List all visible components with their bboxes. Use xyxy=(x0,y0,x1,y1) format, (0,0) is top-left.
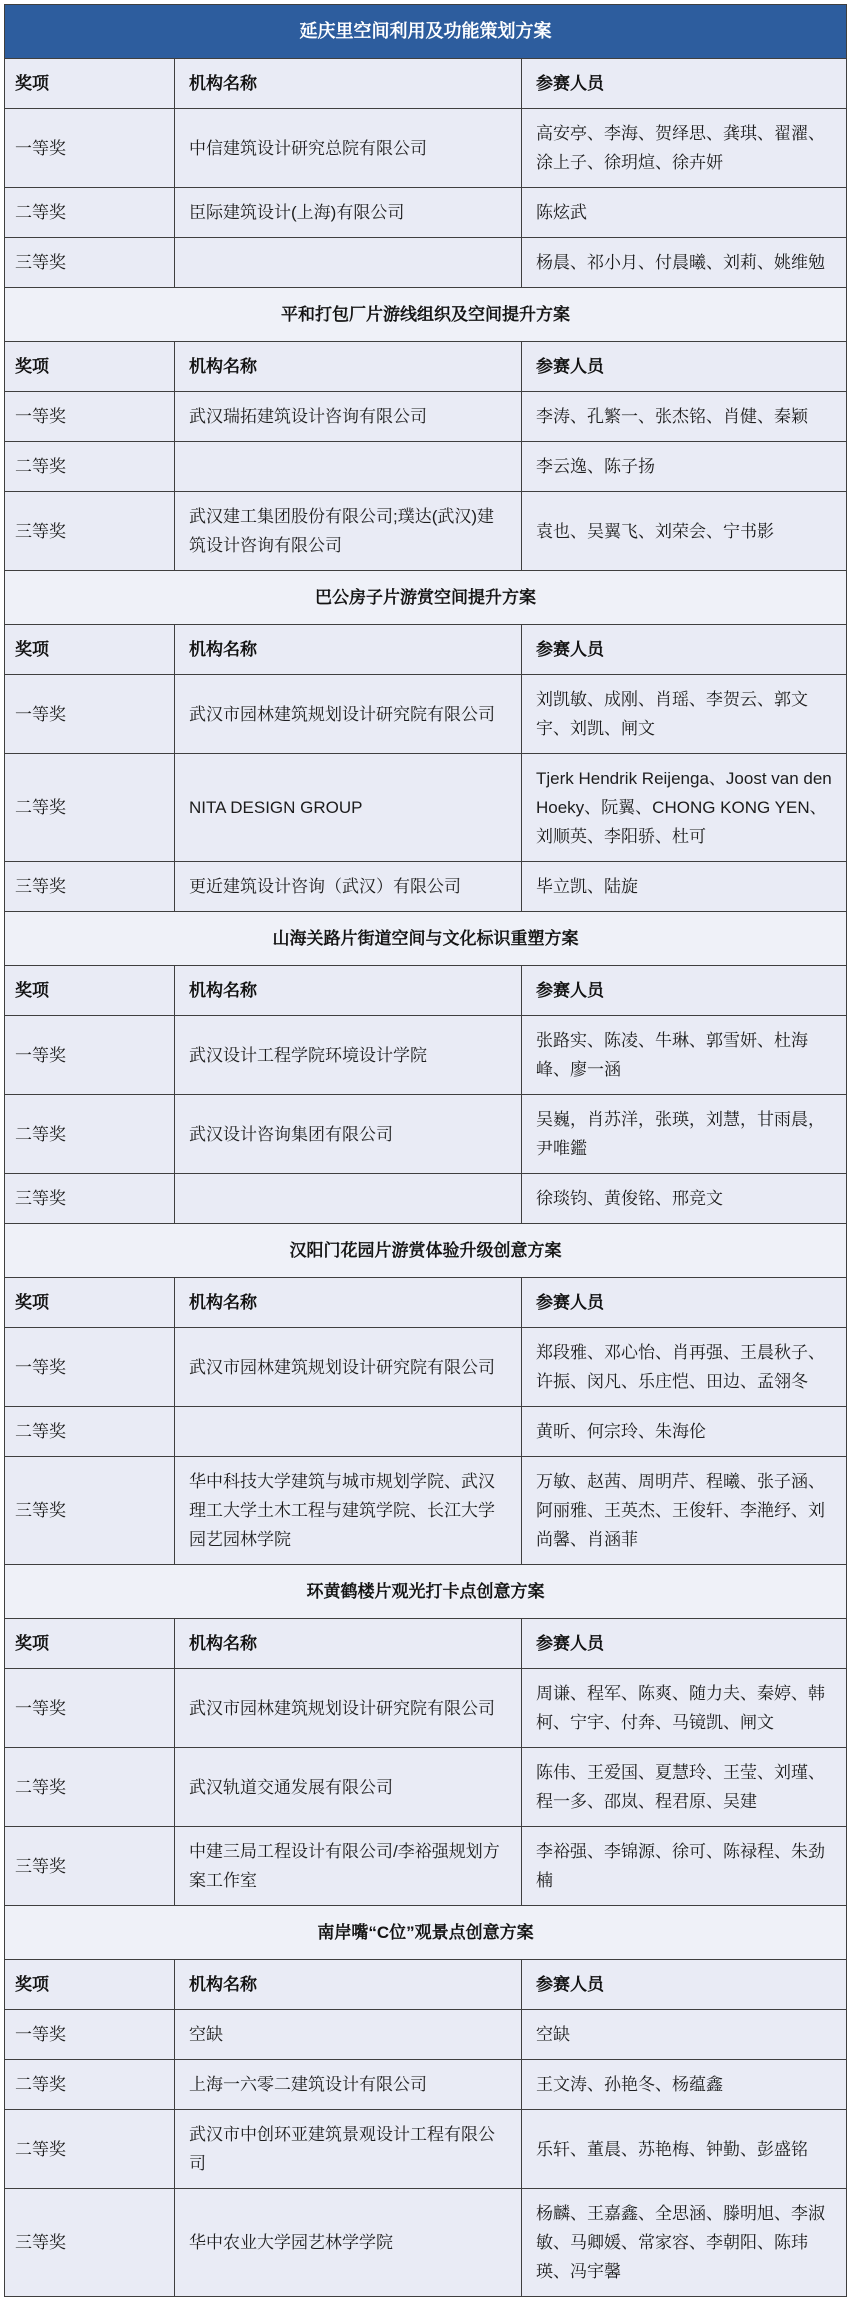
column-header-row: 奖项 机构名称 参赛人员 xyxy=(5,1278,846,1328)
award-cell: 一等奖 xyxy=(5,1016,175,1094)
organization-cell: 华中农业大学园艺林学学院 xyxy=(175,2189,522,2296)
organization-cell xyxy=(175,238,522,287)
organization-cell: 武汉瑞拓建筑设计咨询有限公司 xyxy=(175,392,522,441)
column-header-award: 奖项 xyxy=(5,1619,175,1668)
organization-cell: 武汉市园林建筑规划设计研究院有限公司 xyxy=(175,1328,522,1406)
participants-cell: 李云逸、陈子扬 xyxy=(522,442,846,491)
table-row: 一等奖 武汉市园林建筑规划设计研究院有限公司 刘凯敏、成刚、肖瑶、李贺云、郭文宇… xyxy=(5,675,846,754)
organization-cell: 华中科技大学建筑与城市规划学院、武汉理工大学土木工程与建筑学院、长江大学园艺园林… xyxy=(175,1457,522,1564)
award-cell: 一等奖 xyxy=(5,392,175,441)
column-header-participants: 参赛人员 xyxy=(522,966,846,1015)
column-header-organization: 机构名称 xyxy=(175,59,522,108)
participants-cell: 陈炫武 xyxy=(522,188,846,237)
column-header-participants: 参赛人员 xyxy=(522,59,846,108)
participants-cell: 王文涛、孙艳冬、杨蕴鑫 xyxy=(522,2060,846,2109)
column-header-row: 奖项 机构名称 参赛人员 xyxy=(5,59,846,109)
participants-cell: 张路实、陈凌、牛琳、郭雪妍、杜海峰、廖一涵 xyxy=(522,1016,846,1094)
participants-cell: 刘凯敏、成刚、肖瑶、李贺云、郭文宇、刘凯、闸文 xyxy=(522,675,846,753)
column-header-award: 奖项 xyxy=(5,1278,175,1327)
table-row: 三等奖 徐琰钧、黄俊铭、邢竞文 xyxy=(5,1174,846,1224)
column-header-participants: 参赛人员 xyxy=(522,1960,846,2009)
section-title: 延庆里空间利用及功能策划方案 xyxy=(5,5,846,59)
column-header-organization: 机构名称 xyxy=(175,1960,522,2009)
column-header-participants: 参赛人员 xyxy=(522,342,846,391)
section-title: 山海关路片街道空间与文化标识重塑方案 xyxy=(5,912,846,966)
table-row: 二等奖 武汉设计咨询集团有限公司 吴巍，肖苏洋，张瑛，刘慧，甘雨晨，尹唯鑑 xyxy=(5,1095,846,1174)
section-title: 巴公房子片游赏空间提升方案 xyxy=(5,571,846,625)
awards-table: 延庆里空间利用及功能策划方案 奖项 机构名称 参赛人员 一等奖 中信建筑设计研究… xyxy=(4,4,847,2297)
participants-cell: 吴巍，肖苏洋，张瑛，刘慧，甘雨晨，尹唯鑑 xyxy=(522,1095,846,1173)
award-cell: 一等奖 xyxy=(5,675,175,753)
organization-cell: 武汉设计工程学院环境设计学院 xyxy=(175,1016,522,1094)
table-row: 二等奖 上海一六零二建筑设计有限公司 王文涛、孙艳冬、杨蕴鑫 xyxy=(5,2060,846,2110)
table-row: 二等奖 NITA DESIGN GROUP Tjerk Hendrik Reij… xyxy=(5,754,846,862)
table-row: 二等奖 黄昕、何宗玲、朱海伦 xyxy=(5,1407,846,1457)
award-cell: 三等奖 xyxy=(5,1174,175,1223)
organization-cell: 武汉市园林建筑规划设计研究院有限公司 xyxy=(175,675,522,753)
table-row: 二等奖 臣际建筑设计(上海)有限公司 陈炫武 xyxy=(5,188,846,238)
award-cell: 三等奖 xyxy=(5,862,175,911)
column-header-row: 奖项 机构名称 参赛人员 xyxy=(5,1960,846,2010)
table-row: 一等奖 武汉设计工程学院环境设计学院 张路实、陈凌、牛琳、郭雪妍、杜海峰、廖一涵 xyxy=(5,1016,846,1095)
participants-cell: Tjerk Hendrik Reijenga、Joost van den Hoe… xyxy=(522,754,846,861)
organization-cell xyxy=(175,1407,522,1456)
table-row: 三等奖 更近建筑设计咨询（武汉）有限公司 毕立凯、陆旋 xyxy=(5,862,846,912)
table-row: 一等奖 中信建筑设计研究总院有限公司 高安亭、李海、贺绎思、龚琪、翟濯、涂上子、… xyxy=(5,109,846,188)
section-title: 汉阳门花园片游赏体验升级创意方案 xyxy=(5,1224,846,1278)
organization-cell: 武汉建工集团股份有限公司;璞达(武汉)建筑设计咨询有限公司 xyxy=(175,492,522,570)
participants-cell: 空缺 xyxy=(522,2010,846,2059)
table-row: 三等奖 武汉建工集团股份有限公司;璞达(武汉)建筑设计咨询有限公司 袁也、吴翼飞… xyxy=(5,492,846,571)
participants-cell: 毕立凯、陆旋 xyxy=(522,862,846,911)
award-cell: 二等奖 xyxy=(5,754,175,861)
organization-cell: 武汉设计咨询集团有限公司 xyxy=(175,1095,522,1173)
column-header-award: 奖项 xyxy=(5,59,175,108)
column-header-organization: 机构名称 xyxy=(175,966,522,1015)
participants-cell: 郑段雅、邓心怡、肖再强、王晨秋子、许振、闵凡、乐庄恺、田边、孟翎冬 xyxy=(522,1328,846,1406)
participants-cell: 乐轩、董晨、苏艳梅、钟勤、彭盛铭 xyxy=(522,2110,846,2188)
award-section: 延庆里空间利用及功能策划方案 奖项 机构名称 参赛人员 一等奖 中信建筑设计研究… xyxy=(5,5,846,288)
award-cell: 二等奖 xyxy=(5,188,175,237)
participants-cell: 黄昕、何宗玲、朱海伦 xyxy=(522,1407,846,1456)
column-header-participants: 参赛人员 xyxy=(522,1278,846,1327)
participants-cell: 高安亭、李海、贺绎思、龚琪、翟濯、涂上子、徐玥煊、徐卉妍 xyxy=(522,109,846,187)
award-cell: 一等奖 xyxy=(5,1669,175,1747)
award-cell: 二等奖 xyxy=(5,2060,175,2109)
award-cell: 二等奖 xyxy=(5,1407,175,1456)
award-cell: 三等奖 xyxy=(5,1457,175,1564)
participants-cell: 周谦、程军、陈爽、随力夫、秦婷、韩柯、宁宇、付奔、马镜凯、闸文 xyxy=(522,1669,846,1747)
table-row: 三等奖 华中科技大学建筑与城市规划学院、武汉理工大学土木工程与建筑学院、长江大学… xyxy=(5,1457,846,1565)
award-section: 山海关路片街道空间与文化标识重塑方案 奖项 机构名称 参赛人员 一等奖 武汉设计… xyxy=(5,912,846,1224)
section-title: 环黄鹤楼片观光打卡点创意方案 xyxy=(5,1565,846,1619)
table-row: 三等奖 华中农业大学园艺林学学院 杨麟、王嘉鑫、全思涵、滕明旭、李淑敏、马卿媛、… xyxy=(5,2189,846,2296)
organization-cell: 臣际建筑设计(上海)有限公司 xyxy=(175,188,522,237)
participants-cell: 徐琰钧、黄俊铭、邢竞文 xyxy=(522,1174,846,1223)
column-header-award: 奖项 xyxy=(5,966,175,1015)
table-row: 二等奖 武汉轨道交通发展有限公司 陈伟、王爱国、夏慧玲、王莹、刘瑾、程一多、邵岚… xyxy=(5,1748,846,1827)
table-row: 三等奖 中建三局工程设计有限公司/李裕强规划方案工作室 李裕强、李锦源、徐可、陈… xyxy=(5,1827,846,1906)
column-header-row: 奖项 机构名称 参赛人员 xyxy=(5,966,846,1016)
award-cell: 一等奖 xyxy=(5,109,175,187)
award-cell: 二等奖 xyxy=(5,1095,175,1173)
column-header-participants: 参赛人员 xyxy=(522,625,846,674)
participants-cell: 杨晨、祁小月、付晨曦、刘莉、姚维勉 xyxy=(522,238,846,287)
table-row: 一等奖 武汉市园林建筑规划设计研究院有限公司 郑段雅、邓心怡、肖再强、王晨秋子、… xyxy=(5,1328,846,1407)
award-cell: 一等奖 xyxy=(5,1328,175,1406)
section-title: 平和打包厂片游线组织及空间提升方案 xyxy=(5,288,846,342)
column-header-organization: 机构名称 xyxy=(175,625,522,674)
column-header-organization: 机构名称 xyxy=(175,1619,522,1668)
table-row: 二等奖 武汉市中创环亚建筑景观设计工程有限公司 乐轩、董晨、苏艳梅、钟勤、彭盛铭 xyxy=(5,2110,846,2189)
award-cell: 一等奖 xyxy=(5,2010,175,2059)
column-header-award: 奖项 xyxy=(5,1960,175,2009)
organization-cell: NITA DESIGN GROUP xyxy=(175,754,522,861)
section-title: 南岸嘴“C位”观景点创意方案 xyxy=(5,1906,846,1960)
award-cell: 三等奖 xyxy=(5,238,175,287)
award-section: 巴公房子片游赏空间提升方案 奖项 机构名称 参赛人员 一等奖 武汉市园林建筑规划… xyxy=(5,571,846,912)
column-header-organization: 机构名称 xyxy=(175,342,522,391)
award-cell: 三等奖 xyxy=(5,492,175,570)
organization-cell: 空缺 xyxy=(175,2010,522,2059)
participants-cell: 李涛、孔繁一、张杰铭、肖健、秦颖 xyxy=(522,392,846,441)
table-row: 一等奖 武汉瑞拓建筑设计咨询有限公司 李涛、孔繁一、张杰铭、肖健、秦颖 xyxy=(5,392,846,442)
page: 延庆里空间利用及功能策划方案 奖项 机构名称 参赛人员 一等奖 中信建筑设计研究… xyxy=(0,0,851,2307)
column-header-row: 奖项 机构名称 参赛人员 xyxy=(5,1619,846,1669)
organization-cell xyxy=(175,1174,522,1223)
table-row: 二等奖 李云逸、陈子扬 xyxy=(5,442,846,492)
column-header-award: 奖项 xyxy=(5,342,175,391)
award-cell: 二等奖 xyxy=(5,442,175,491)
column-header-award: 奖项 xyxy=(5,625,175,674)
organization-cell: 更近建筑设计咨询（武汉）有限公司 xyxy=(175,862,522,911)
award-section: 环黄鹤楼片观光打卡点创意方案 奖项 机构名称 参赛人员 一等奖 武汉市园林建筑规… xyxy=(5,1565,846,1906)
participants-cell: 杨麟、王嘉鑫、全思涵、滕明旭、李淑敏、马卿媛、常家容、李朝阳、陈玮瑛、冯宇馨 xyxy=(522,2189,846,2296)
participants-cell: 李裕强、李锦源、徐可、陈禄程、朱劲楠 xyxy=(522,1827,846,1905)
organization-cell xyxy=(175,442,522,491)
participants-cell: 万敏、赵茜、周明芹、程曦、张子涵、阿丽雅、王英杰、王俊轩、李滟纾、刘尚馨、肖涵菲 xyxy=(522,1457,846,1564)
organization-cell: 中信建筑设计研究总院有限公司 xyxy=(175,109,522,187)
award-cell: 二等奖 xyxy=(5,1748,175,1826)
table-row: 一等奖 空缺 空缺 xyxy=(5,2010,846,2060)
participants-cell: 陈伟、王爱国、夏慧玲、王莹、刘瑾、程一多、邵岚、程君原、吴建 xyxy=(522,1748,846,1826)
award-cell: 二等奖 xyxy=(5,2110,175,2188)
organization-cell: 武汉市园林建筑规划设计研究院有限公司 xyxy=(175,1669,522,1747)
column-header-participants: 参赛人员 xyxy=(522,1619,846,1668)
award-cell: 三等奖 xyxy=(5,2189,175,2296)
award-section: 平和打包厂片游线组织及空间提升方案 奖项 机构名称 参赛人员 一等奖 武汉瑞拓建… xyxy=(5,288,846,571)
organization-cell: 武汉轨道交通发展有限公司 xyxy=(175,1748,522,1826)
organization-cell: 武汉市中创环亚建筑景观设计工程有限公司 xyxy=(175,2110,522,2188)
award-cell: 三等奖 xyxy=(5,1827,175,1905)
organization-cell: 上海一六零二建筑设计有限公司 xyxy=(175,2060,522,2109)
award-section: 南岸嘴“C位”观景点创意方案 奖项 机构名称 参赛人员 一等奖 空缺 空缺 二等… xyxy=(5,1906,846,2296)
table-row: 三等奖 杨晨、祁小月、付晨曦、刘莉、姚维勉 xyxy=(5,238,846,288)
participants-cell: 袁也、吴翼飞、刘荣会、宁书影 xyxy=(522,492,846,570)
organization-cell: 中建三局工程设计有限公司/李裕强规划方案工作室 xyxy=(175,1827,522,1905)
table-row: 一等奖 武汉市园林建筑规划设计研究院有限公司 周谦、程军、陈爽、随力夫、秦婷、韩… xyxy=(5,1669,846,1748)
column-header-organization: 机构名称 xyxy=(175,1278,522,1327)
column-header-row: 奖项 机构名称 参赛人员 xyxy=(5,625,846,675)
column-header-row: 奖项 机构名称 参赛人员 xyxy=(5,342,846,392)
award-section: 汉阳门花园片游赏体验升级创意方案 奖项 机构名称 参赛人员 一等奖 武汉市园林建… xyxy=(5,1224,846,1565)
